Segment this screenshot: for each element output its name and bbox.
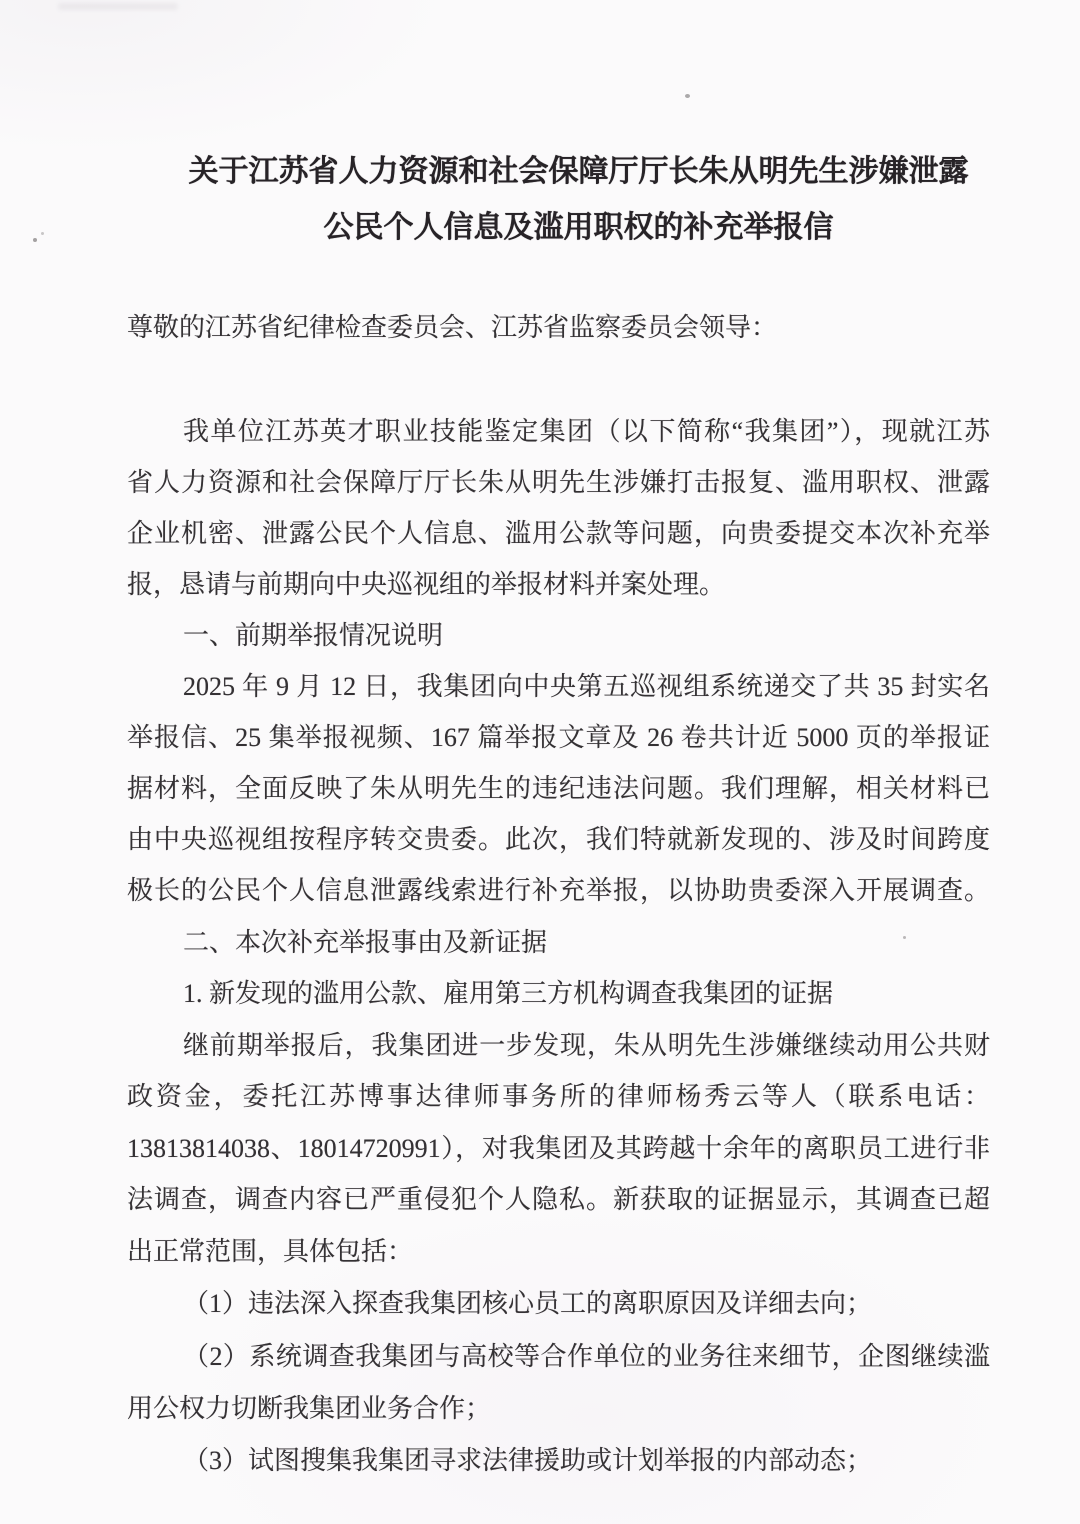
item-1-line-5: 出正常范围，具体包括： <box>127 1234 990 1270</box>
document-title-line-1: 关于江苏省人力资源和社会保障厅厅长朱从明先生涉嫌泄露 <box>147 151 1010 193</box>
salutation-line: 尊敬的江苏省纪律检查委员会、江苏省监察委员会领导： <box>127 310 990 346</box>
list-item-2-line-1: （2）系统调查我集团与高校等合作单位的业务往来细节，企图继续滥 <box>127 1339 990 1375</box>
item-1-line-2: 政资金，委托江苏博事达律师事务所的律师杨秀云等人（联系电话： <box>127 1079 990 1115</box>
item-1-line-1: 继前期举报后，我集团进一步发现，朱从明先生涉嫌继续动用公共财 <box>127 1028 990 1064</box>
paragraph-1-line-4: 报，恳请与前期向中央巡视组的举报材料并案处理。 <box>127 567 990 603</box>
scan-artifact-dot <box>33 238 37 242</box>
scan-artifact-dot <box>685 94 690 98</box>
scan-artifact-dot <box>41 232 44 235</box>
scan-artifact-smudge <box>58 3 178 10</box>
section-1-line-2: 举报信、25 集举报视频、167 篇举报文章及 26 卷共计近 5000 页的举… <box>127 720 990 756</box>
list-item-3: （3）试图搜集我集团寻求法律援助或计划举报的内部动态； <box>127 1443 990 1479</box>
item-1-heading: 1. 新发现的滥用公款、雇用第三方机构调查我集团的证据 <box>127 976 990 1012</box>
paragraph-1-line-1: 我单位江苏英才职业技能鉴定集团（以下简称“我集团”），现就江苏 <box>127 414 990 450</box>
list-item-2-line-2: 用公权力切断我集团业务合作； <box>127 1391 990 1427</box>
document-title-line-2: 公民个人信息及滥用职权的补充举报信 <box>147 207 1010 249</box>
section-1-line-3: 据材料，全面反映了朱从明先生的违纪违法问题。我们理解，相关材料已 <box>127 771 990 807</box>
section-2-heading: 二、本次补充举报事由及新证据 <box>127 925 990 961</box>
paragraph-1-line-2: 省人力资源和社会保障厅厅长朱从明先生涉嫌打击报复、滥用职权、泄露 <box>127 465 990 501</box>
section-1-heading: 一、前期举报情况说明 <box>127 618 990 654</box>
scanned-document-page: 关于江苏省人力资源和社会保障厅厅长朱从明先生涉嫌泄露 公民个人信息及滥用职权的补… <box>0 0 1080 1524</box>
section-1-line-5: 极长的公民个人信息泄露线索进行补充举报，以协助贵委深入开展调查。 <box>127 873 990 909</box>
item-1-line-3: 13813814038、18014720991），对我集团及其跨越十余年的离职员… <box>127 1131 990 1167</box>
section-1-line-1: 2025 年 9 月 12 日，我集团向中央第五巡视组系统递交了共 35 封实名 <box>127 669 990 705</box>
list-item-1: （1）违法深入探查我集团核心员工的离职原因及详细去向； <box>127 1286 990 1322</box>
section-1-line-4: 由中央巡视组按程序转交贵委。此次，我们特就新发现的、涉及时间跨度 <box>127 822 990 858</box>
item-1-line-4: 法调查，调查内容已严重侵犯个人隐私。新获取的证据显示，其调查已超 <box>127 1182 990 1218</box>
paragraph-1-line-3: 企业机密、泄露公民个人信息、滥用公款等问题，向贵委提交本次补充举 <box>127 516 990 552</box>
